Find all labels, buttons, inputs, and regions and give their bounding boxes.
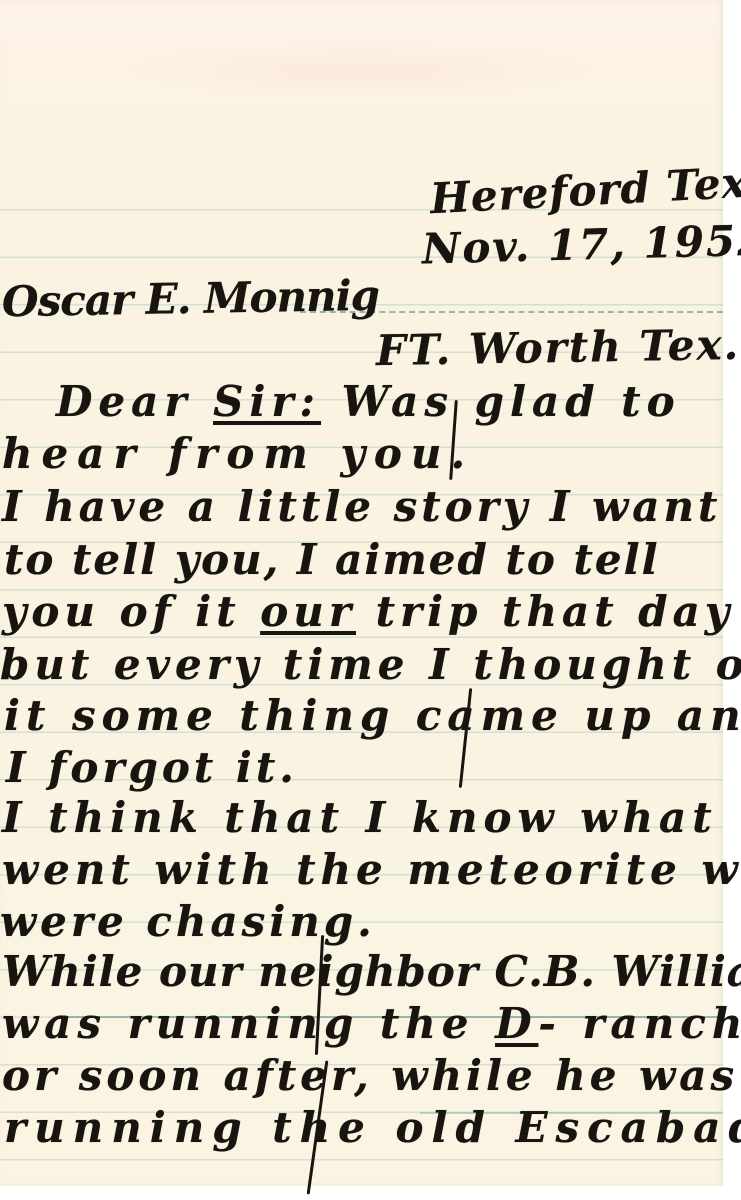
handwritten-line: I think that I know what	[2, 797, 718, 839]
line-pre: you of it	[2, 587, 260, 636]
handwritten-line: you of it our trip that day	[2, 591, 734, 633]
handwritten-line: went with the meteorite we	[2, 849, 741, 891]
scanned-letter: Hereford Tex Nov. 17, 1952 Oscar E. Monn…	[0, 0, 741, 1200]
handwritten-line: I have a little story I want	[2, 486, 721, 528]
letter-salutation-line: Dear Sir: Was glad to	[56, 381, 681, 423]
letter-date-line: Nov. 17, 1952	[422, 219, 741, 270]
handwritten-line: were chasing.	[0, 901, 376, 943]
line-post: - ranch	[538, 999, 741, 1048]
underlined-word: D	[495, 999, 538, 1048]
underlined-word: our	[260, 587, 356, 636]
handwritten-line: it some thing came up and	[4, 695, 741, 737]
line-post: trip that day	[356, 587, 734, 636]
handwritten-line: but every time I thought of	[0, 644, 741, 686]
letter-recipient-city: FT. Worth Tex.	[376, 324, 741, 372]
handwritten-line: I forgot it.	[6, 747, 298, 789]
handwritten-line: to tell you, I aimed to tell	[4, 539, 660, 581]
letter-recipient-name: Oscar E. Monnig	[2, 275, 380, 324]
ruled-paper: Hereford Tex Nov. 17, 1952 Oscar E. Monn…	[0, 0, 723, 1186]
handwritten-line: or soon after, while he was	[2, 1055, 738, 1097]
handwritten-line: running the old Escabada	[4, 1107, 741, 1149]
handwritten-line: hear from you.	[2, 433, 474, 475]
salutation-post: Was glad to	[321, 377, 681, 426]
letter-place-line: Hereford Tex	[429, 162, 741, 221]
paper-tint	[120, 40, 600, 100]
salutation-pre: Dear	[56, 377, 213, 426]
line-pre: was running the	[2, 999, 495, 1048]
handwritten-line: was running the D- ranch	[2, 1003, 741, 1045]
handwritten-line: While our neighbor C.B. Williams	[2, 951, 741, 993]
salutation-underlined: Sir:	[213, 377, 321, 426]
